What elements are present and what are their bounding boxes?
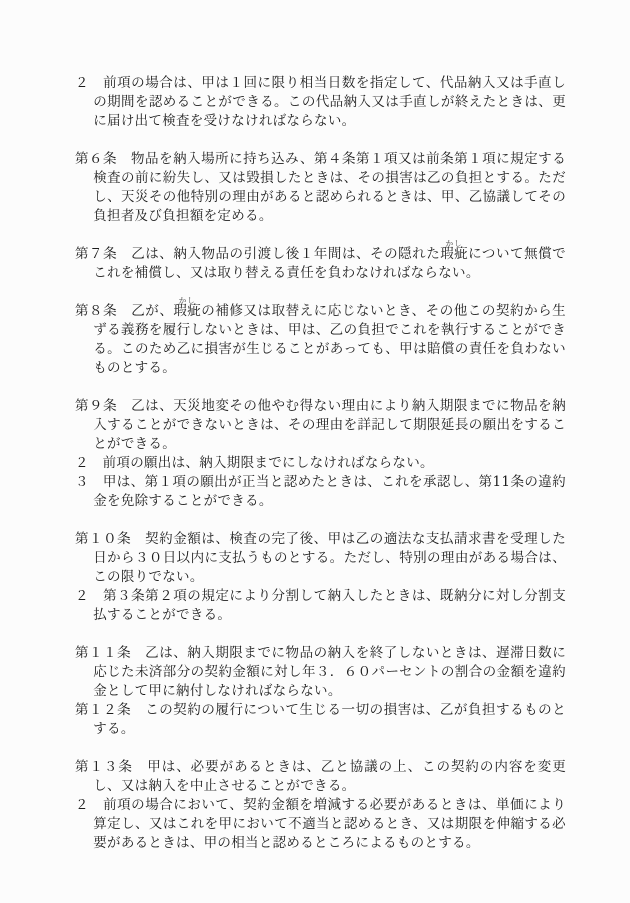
article-6: 第６条 物品を納入場所に持ち込み、第４条第１項又は前条第１項に規定する検査の前に… [75, 150, 566, 226]
article-8-text-before-ruby: 第８条 乙が、 [75, 303, 173, 319]
article-8: 第８条 乙が、瑕疵かしの補修又は取替えに応じないとき、その他この契約から生ずる義… [75, 302, 566, 378]
ruby-base: 瑕疵 [440, 246, 468, 262]
furigana-kashi: 瑕疵かし [440, 245, 468, 264]
document-page: ２ 前項の場合は、甲は１回に限り相当日数を指定して、代品納入又は手直しの期間を認… [0, 0, 630, 903]
article-12: 第１２条 この契約の履行について生じる一切の損害は、乙が負担するものとする。 [75, 701, 566, 739]
article-7-text-before-ruby: 第７条 乙は、納入物品の引渡し後１年間は、その隠れた [75, 246, 440, 262]
article-7: 第７条 乙は、納入物品の引渡し後１年間は、その隠れた瑕疵かしについて無償でこれを… [75, 245, 566, 283]
article-10-para-2: ２ 第３条第２項の規定により分割して納入したときは、既納分に対し分割支払すること… [75, 587, 566, 625]
article-11: 第１１条 乙は、納入期限までに物品の納入を終了しないときは、遅滞日数に応じた未済… [75, 644, 566, 701]
clause-prev-article-para-2: ２ 前項の場合は、甲は１回に限り相当日数を指定して、代品納入又は手直しの期間を認… [75, 74, 566, 131]
article-9-para-3: ３ 甲は、第１項の願出が正当と認めたときは、これを承認し、第11条の違約金を免除… [75, 473, 566, 511]
ruby-text: かし [179, 297, 196, 305]
article-9-para-2: ２ 前項の願出は、納入期限までにしなければならない。 [75, 454, 566, 473]
article-13-para-2: ２ 前項の場合において、契約金額を増減する必要があるときは、単価により算定し、又… [75, 796, 566, 853]
article-10: 第１０条 契約金額は、検査の完了後、甲は乙の適法な支払請求書を受理した日から３０… [75, 530, 566, 587]
ruby-base: 瑕疵 [173, 303, 201, 319]
ruby-text: かし [446, 240, 463, 248]
article-13: 第１３条 甲は、必要があるときは、乙と協議の上、この契約の内容を変更し、又は納入… [75, 758, 566, 796]
contract-text-body: ２ 前項の場合は、甲は１回に限り相当日数を指定して、代品納入又は手直しの期間を認… [75, 74, 566, 853]
furigana-kashi: 瑕疵かし [173, 302, 201, 321]
article-9: 第９条 乙は、天災地変その他やむ得ない理由により納入期限までに物品を納入すること… [75, 397, 566, 454]
